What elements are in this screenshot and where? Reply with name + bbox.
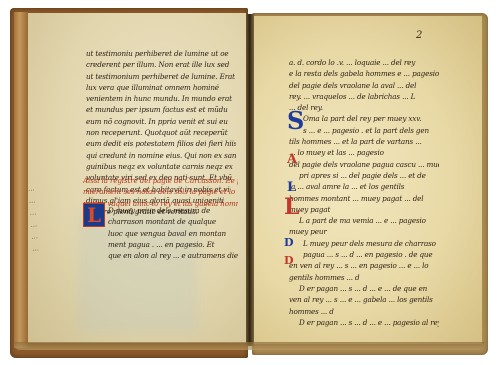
text-line: muey peur: [289, 226, 439, 237]
text-line: la ... aval amre la ... et los gentils: [289, 181, 439, 192]
text-line: ven al rey ... s ... e ... gabela ... lo…: [289, 294, 439, 305]
text-line: ment pagua . ... en pagesio. Et: [108, 239, 238, 250]
right-page-text: a. d. cordo lo .v. ... loquaie ... del r…: [289, 57, 439, 328]
text-line: rey. ... vraquelos ... de labrichas ... …: [289, 91, 439, 102]
text-line: eum nõ cognovit. In ppria venit et sui e…: [86, 116, 236, 127]
text-line: que en alon al rey ... e autramens die: [108, 250, 238, 261]
text-line: e la resta dels gabela hommes e ... page…: [289, 68, 439, 79]
page-edges: [14, 342, 484, 350]
text-line: et mundus per ipsum factus est et mũdu: [86, 104, 236, 115]
text-line: hommes ... d: [289, 306, 439, 317]
text-line: D muey priur dels mesura de: [108, 205, 238, 216]
text-line: hommes montant ... muey pagat ... del: [289, 193, 439, 204]
text-line: tils hommes ... et la part de vartans ..…: [289, 136, 439, 147]
rubric-line: mierament ses notas dels sols la pagie e…: [83, 186, 238, 197]
text-line: L muey peur dels mesura de charraso: [289, 238, 439, 249]
left-page-text-lower: D muey priur dels mesura de charrason mo…: [108, 205, 238, 261]
text-line: eum dedit eis potestatem filios dei fier…: [86, 138, 236, 149]
initial-l-large: L: [284, 194, 299, 220]
page-number: 2: [416, 30, 422, 41]
text-line: ut testimonium perhiberet de lumine. Era…: [86, 71, 236, 82]
text-line: ... del rey.: [289, 102, 439, 113]
text-line: D er pagan ... s ... d ... e ... pagesio…: [289, 317, 439, 328]
text-line: D er pagan ... s ... d ... e ... de que …: [289, 283, 439, 294]
initial-d-red: D: [284, 254, 294, 267]
text-line: venientem in hunc mundu. In mundo erat: [86, 93, 236, 104]
red-rubric: Aissi la registre del pagie de Carcasson…: [83, 175, 238, 209]
text-line: a. d. cordo lo .v. ... loquaie ... del r…: [289, 57, 439, 68]
open-manuscript: ut testimoniu perhiberet de lumine ut oe…: [0, 0, 500, 365]
text-line: charrason montant de qualque: [108, 216, 238, 227]
decorated-initial: L: [83, 203, 105, 227]
text-line: Oma la part del rey per muey xxv.: [289, 113, 439, 124]
text-line: non receperunt. Quotquot aūt receperūt: [86, 127, 236, 138]
initial-a: A: [287, 152, 297, 167]
margin-note: ...: [32, 239, 83, 254]
left-page: ut testimoniu perhiberet de lumine ut oe…: [28, 13, 246, 343]
rubric-line: Aissi la registre del pagie de Carcasson…: [83, 175, 238, 186]
text-line: s ... e ... pagesio . et la part dels ge…: [289, 125, 439, 136]
margin-annotations: ... ... ... ... ... ...: [28, 179, 82, 254]
initial-l: L: [287, 180, 296, 195]
text-line: L a part de ma vemia ... e ... pagesio: [289, 215, 439, 226]
text-line: qui credunt in nomine eius. Qui non ex s…: [86, 150, 236, 161]
text-line: lux vera que illuminat omnem hominé: [86, 82, 236, 93]
text-line: ut testimoniu perhiberet de lumine ut oe: [86, 48, 236, 59]
text-line: ... lo muey et las ... pagesio: [289, 147, 439, 158]
text-line: en ven al rey ... s ... en pagesio ... e…: [289, 260, 439, 271]
initial-s: S: [287, 106, 304, 135]
book-gutter: [246, 14, 254, 346]
text-line: crederent per illum. Non erat ille lux s…: [86, 59, 236, 70]
right-page: 2 a. d. cordo lo .v. ... loquaie ... del…: [254, 16, 482, 344]
text-line: luoc que vengua baval en montan: [108, 228, 238, 239]
text-line: pri apres si ... del pagie dels ... et d…: [289, 170, 439, 181]
text-line: del pagie dels vraolane la aval ... del: [289, 80, 439, 91]
text-line: guinibus neqz ex voluntate carnis neqz e…: [86, 161, 236, 172]
text-line: pagua ... s ... d ... en pagesio . de qu…: [289, 249, 439, 260]
text-line: del pagie dels vraolane pagua cascu ... …: [289, 159, 439, 170]
text-line: gentils hommes ... d: [289, 272, 439, 283]
initial-d-blue: D: [284, 236, 294, 249]
text-line: muey pagat: [289, 204, 439, 215]
